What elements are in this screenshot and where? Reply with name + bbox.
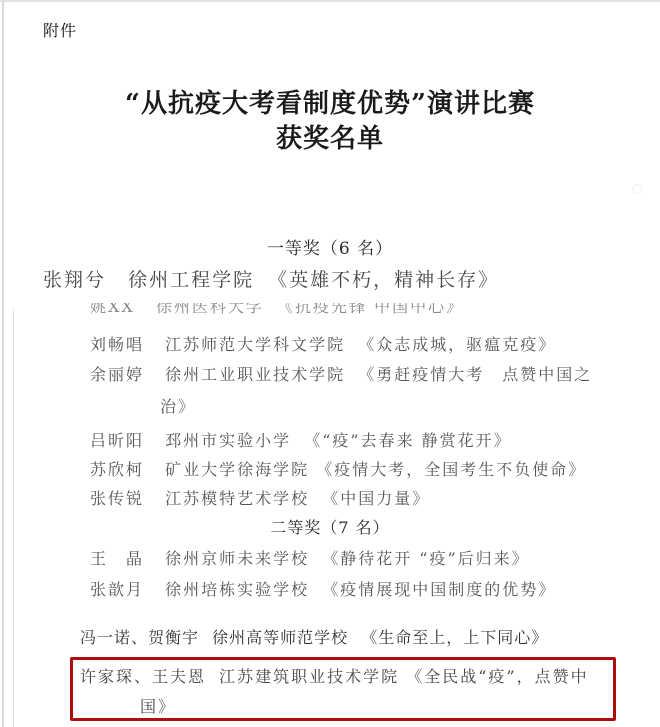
winner-work-continued: 治》 (160, 397, 196, 416)
winner-work: 《疫情大考，全国考生不负使命》 (316, 457, 586, 480)
winner-work-continued: 国》 (140, 697, 176, 716)
winner-name: 刘畅唱 (90, 332, 144, 355)
document-title: “从抗疫大考看制度优势”演讲比赛 (0, 83, 660, 120)
page-border-top (0, 0, 660, 2)
attachment-label: 附件 (43, 18, 77, 41)
winner-school: 江苏模特艺术学校 (165, 486, 309, 509)
list-item: 张传锐 江苏模特艺术学校 《中国力量》 (90, 486, 430, 509)
list-item: 吕昕阳 邳州市实验小学 《“疫”去春来 静赏花开》 (90, 428, 512, 451)
winner-work: 《静待花开 “疫”后归来》 (322, 546, 529, 569)
winner-work: 《勇赶疫情大考 点赞中国之 (358, 362, 592, 385)
list-item: 冯一诺、贺衡宇 徐州高等师范学校 《生命至上，上下同心》 (80, 625, 548, 648)
winner-school: 徐州培栋实验学校 (165, 577, 309, 600)
winner-work: 《英雄不朽，精神长存》 (268, 265, 499, 292)
winner-name: 吕昕阳 (90, 428, 144, 451)
winner-work: 《全民战“疫”，点赞中 (406, 664, 588, 687)
clipped-list-item: 姚XX 徐州医科大学 《抗疫先锋 中国中心》 (60, 303, 620, 315)
winner-school: 徐州工业职业技术学院 (165, 362, 345, 385)
winner-name: 许家琛、王夫恩 (80, 664, 206, 687)
winner-school: 矿业大学徐海学院 (165, 457, 309, 480)
document-subtitle: 获奖名单 (0, 118, 660, 155)
winner-name: 张翔兮 (43, 265, 106, 292)
winner-name: 张传锐 (90, 486, 144, 509)
first-prize-heading: 一等奖（6 名） (0, 234, 660, 259)
list-item: 王 晶 徐州京师未来学校 《静待花开 “疫”后归来》 (90, 546, 530, 569)
winner-work: 《生命至上，上下同心》 (361, 625, 548, 648)
winner-work: 《众志成城，驱瘟克疫》 (358, 332, 556, 355)
list-item-continuation: 国》 (140, 694, 176, 717)
winner-work: 《中国力量》 (322, 486, 430, 509)
winner-name: 冯一诺、贺衡宇 (80, 625, 199, 648)
winner-school: 徐州高等师范学校 (212, 625, 348, 648)
winner-school: 邳州市实验小学 (165, 428, 291, 451)
highlighted-list-item: 许家琛、王夫恩 江苏建筑职业技术学院 《全民战“疫”，点赞中 (80, 664, 589, 687)
list-item: 张翔兮 徐州工程学院 《英雄不朽，精神长存》 (43, 265, 499, 292)
list-item: 刘畅唱 江苏师范大学科文学院 《众志成城，驱瘟克疫》 (90, 332, 556, 355)
winner-name: 王 晶 (90, 546, 144, 569)
winner-name: 张歆月 (90, 577, 144, 600)
winner-name: 姚XX (90, 303, 135, 315)
winner-school: 江苏建筑职业技术学院 (219, 664, 399, 687)
second-prize-heading: 二等奖（7 名） (0, 515, 660, 538)
winner-school: 徐州工程学院 (128, 265, 254, 292)
winner-school: 徐州京师未来学校 (165, 546, 309, 569)
winner-work: 《抗疫先锋 中国中心》 (277, 303, 464, 315)
list-item: 余丽婷 徐州工业职业技术学院 《勇赶疫情大考 点赞中国之 (90, 362, 592, 385)
winner-name: 余丽婷 (90, 362, 144, 385)
winner-work: 《疫情展现中国制度的优势》 (322, 577, 556, 600)
winner-school: 江苏师范大学科文学院 (165, 332, 345, 355)
list-item-continuation: 治》 (160, 394, 196, 417)
list-item: 苏欣柯 矿业大学徐海学院 《疫情大考，全国考生不负使命》 (90, 457, 586, 480)
winner-work: 《“疫”去春来 静赏花开》 (304, 428, 511, 451)
winner-name: 苏欣柯 (90, 457, 144, 480)
list-item: 张歆月 徐州培栋实验学校 《疫情展现中国制度的优势》 (90, 577, 556, 600)
winner-school: 徐州医科大学 (156, 303, 264, 315)
scroll-indicator[interactable] (632, 184, 642, 194)
